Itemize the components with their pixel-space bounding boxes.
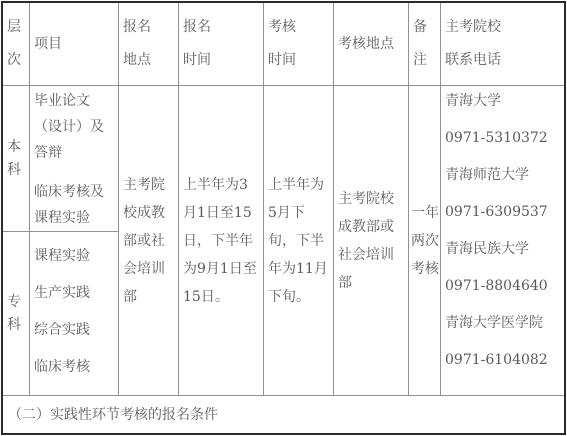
header-exam-location-cell: 考核地点 [334,3,409,86]
project-item: 综合实践 [34,317,115,343]
project-item: 生产实践 [34,280,115,306]
header-exam-time-cell: 考核 时间 [264,3,334,86]
reg-location-cell: 主考院校成教部或社会培训部 [119,86,179,396]
contact-phone: 0971-8804640 [445,273,561,299]
contact-phone: 0971-6104082 [445,347,561,373]
project-item: 临床考核 [34,354,115,380]
header-note-cell: 备注 [409,3,441,86]
contact-school: 青海民族大学 [445,236,561,262]
level-undergraduate-cell: 本科 [3,86,30,232]
exam-location-cell: 主考院校成教部或社会培训部 [334,86,409,396]
header-level-cell: 层 次 [3,3,30,86]
note-cell: 一年两次考核 [409,86,441,396]
header-project-cell: 项目 [30,3,119,86]
contact-phone: 0971-5310372 [445,125,561,151]
header-reg-time-cell: 报名 时间 [179,3,264,86]
contact-list-cell: 青海大学 0971-5310372 青海师范大学 0971-6309537 青海… [441,86,564,396]
project-item: 临床考核及课程实验 [34,179,115,231]
practical-assessment-table: 层 次 项目 报名 地点 报名 时间 考核 时间 考核地点 备注 主考院校 联系… [1,1,566,435]
undergraduate-projects-cell: 毕业论文（设计）及答辩 临床考核及课程实验 [30,86,119,232]
contact-school: 青海大学医学院 [445,310,561,336]
header-contact-cell: 主考院校 联系电话 [441,3,564,86]
document-page: 层 次 项目 报名 地点 报名 时间 考核 时间 考核地点 备注 主考院校 联系… [0,0,567,436]
reg-time-cell: 上半年为3月1日至15日，下半年为9月1日至15日。 [179,86,264,396]
college-projects-cell: 课程实验 生产实践 综合实践 临床考核 [30,232,119,396]
contact-school: 青海大学 [445,88,561,114]
level-college-cell: 专科 [3,232,30,396]
project-item: 毕业论文（设计）及答辩 [34,88,115,166]
header-reg-location-cell: 报名 地点 [119,3,179,86]
exam-time-cell: 上半年为5月下旬，下半年为11月下旬。 [264,86,334,396]
project-item: 课程实验 [34,243,115,269]
contact-school: 青海师范大学 [445,162,561,188]
contact-phone: 0971-6309537 [445,199,561,225]
footer-caption-cell: （二）实践性环节考核的报名条件 [3,396,564,433]
